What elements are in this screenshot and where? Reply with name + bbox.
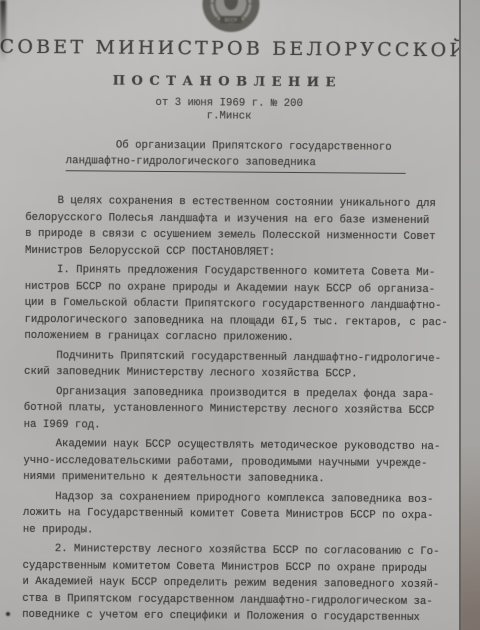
- paragraph-supervision: Надзор за сохранением природного комплек…: [23, 488, 447, 541]
- paragraph-item-2: 2. Министерству лесного хозяйства БССР п…: [22, 541, 446, 627]
- ink-speck: [6, 612, 10, 616]
- subject-title-line-2-underlined: ландшафтно-гидрологического заповедника: [66, 154, 406, 174]
- city-line: г.Минск: [0, 109, 459, 125]
- paragraph-subordination: Подчинить Припятский государственный лан…: [24, 347, 448, 383]
- top-left-edge-shadow: [0, 0, 6, 62]
- paragraph-wage-fund: Организация заповедника производится в п…: [24, 383, 448, 436]
- document-page: БССР СОВЕТ МИНИСТРОВ БЕЛОРУССКОЙ ССР ПОС…: [0, 0, 480, 630]
- paragraph-item-1: I. Принять предложения Государственного …: [24, 262, 448, 348]
- issuing-body-title: СОВЕТ МИНИСТРОВ БЕЛОРУССКОЙ ССР: [0, 36, 460, 62]
- page-right-edge-fold: [459, 0, 480, 630]
- bssr-state-emblem-icon: БССР: [202, 0, 260, 33]
- page-content: БССР СОВЕТ МИНИСТРОВ БЕЛОРУССКОЙ ССР ПОС…: [0, 0, 480, 630]
- paragraph-academy-guidance: Академии наук БССР осуществлять методиче…: [23, 436, 447, 489]
- document-body: В целях сохранения в естественном состоя…: [22, 193, 449, 630]
- emblem-ribbon-label: БССР: [225, 17, 238, 23]
- document-type-heading: ПОСТАНОВЛЕНИЕ: [0, 73, 455, 92]
- paragraph-preamble: В целях сохранения в естественном состоя…: [25, 193, 449, 262]
- subject-title: Об организации Припятского государственн…: [66, 138, 406, 174]
